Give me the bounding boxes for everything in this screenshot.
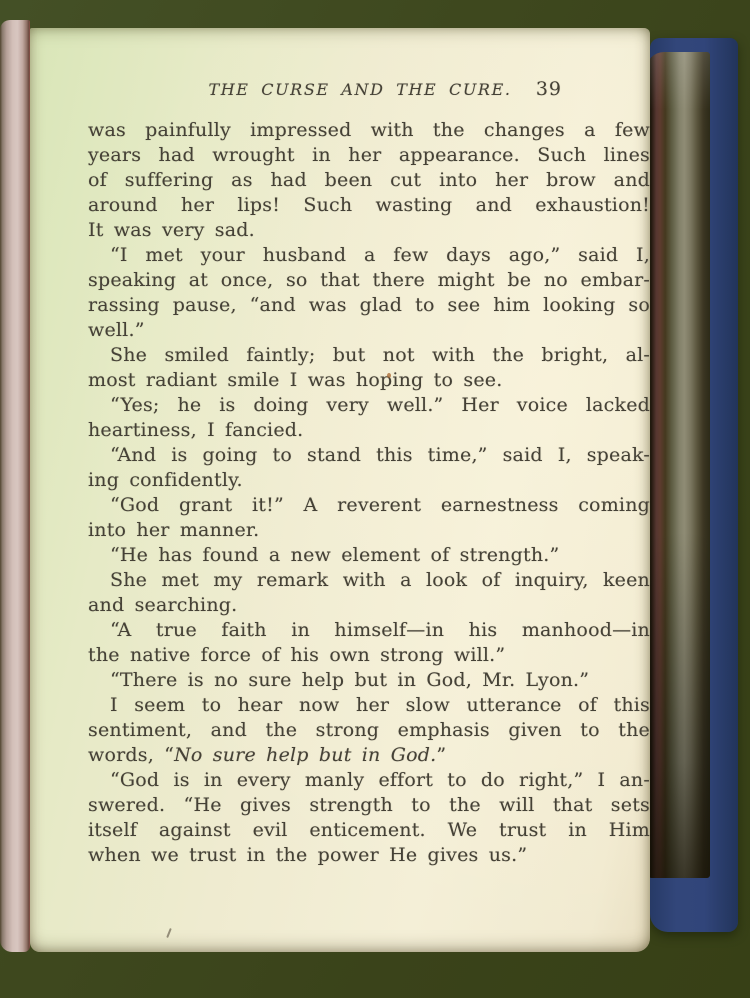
paragraph: “A true faith in himself—in his manhood—…: [88, 618, 650, 668]
paragraph: She smiled faintly; but not with the bri…: [88, 343, 650, 393]
text-line: years had wrought in her appearance. Suc…: [88, 143, 650, 168]
running-title: THE CURSE AND THE CURE.: [88, 80, 650, 99]
paragraph: “God grant it!” A reverent earnestness c…: [88, 493, 650, 543]
text-block: was painfully impressed with the changes…: [88, 118, 650, 868]
pencil-mark: [166, 928, 172, 938]
text-line: into her manner.: [88, 518, 650, 543]
text-line: speaking at once, so that there might be…: [88, 268, 650, 293]
text-line: when we trust in the power He gives us.”: [88, 843, 650, 868]
text-line: “God grant it!” A reverent earnestness c…: [88, 493, 650, 518]
text-line: She met my remark with a look of inquiry…: [88, 568, 650, 593]
text-line: ing confidently.: [88, 468, 650, 493]
text-line: It was very sad.: [88, 218, 650, 243]
text-line: well.”: [88, 318, 650, 343]
text-line: rassing pause, “and was glad to see him …: [88, 293, 650, 318]
text-line: heartiness, I fancied.: [88, 418, 650, 443]
book-page: THE CURSE AND THE CURE. 39 was painfully…: [30, 28, 650, 952]
paragraph: “God is in every manly effort to do righ…: [88, 768, 650, 868]
text-line: She smiled faintly; but not with the bri…: [88, 343, 650, 368]
text-line: the native force of his own strong will.…: [88, 643, 650, 668]
paper-speck: [387, 373, 391, 378]
text-line: “And is going to stand this time,” said …: [88, 443, 650, 468]
scan-backdrop: THE CURSE AND THE CURE. 39 was painfully…: [0, 0, 750, 998]
text-line: around her lips! Such wasting and exhaus…: [88, 193, 650, 218]
paragraph: She met my remark with a look of inquiry…: [88, 568, 650, 618]
text-line: “A true faith in himself—in his manhood—…: [88, 618, 650, 643]
text-line: “He has found a new element of strength.…: [88, 543, 650, 568]
paragraph: “And is going to stand this time,” said …: [88, 443, 650, 493]
paragraph: “He has found a new element of strength.…: [88, 543, 650, 568]
page-stack-fore-edge: [646, 52, 710, 878]
text-line: sentiment, and the strong emphasis given…: [88, 718, 650, 743]
text-line: and searching.: [88, 593, 650, 618]
paragraph: was painfully impressed with the changes…: [88, 118, 650, 243]
text-line: “I met your husband a few days ago,” sai…: [88, 243, 650, 268]
page-number: 39: [536, 78, 562, 100]
text-line: words, “No sure help but in God.”: [88, 743, 650, 768]
text-line: “There is no sure help but in God, Mr. L…: [88, 668, 650, 693]
paragraph: I seem to hear now her slow utterance of…: [88, 693, 650, 768]
paragraph: “There is no sure help but in God, Mr. L…: [88, 668, 650, 693]
paragraph: “Yes; he is doing very well.” Her voice …: [88, 393, 650, 443]
paragraph: “I met your husband a few days ago,” sai…: [88, 243, 650, 343]
text-line: “God is in every manly effort to do righ…: [88, 768, 650, 793]
text-line: “Yes; he is doing very well.” Her voice …: [88, 393, 650, 418]
text-line: was painfully impressed with the changes…: [88, 118, 650, 143]
text-line: swered. “He gives strength to the will t…: [88, 793, 650, 818]
text-line: I seem to hear now her slow utterance of…: [88, 693, 650, 718]
page-curl-left: [0, 20, 30, 952]
text-line: itself against evil enticement. We trust…: [88, 818, 650, 843]
text-line: of suffering as had been cut into her br…: [88, 168, 650, 193]
text-line: most radiant smile I was hoping to see.: [88, 368, 650, 393]
paper-speck: [603, 503, 606, 506]
page-header: THE CURSE AND THE CURE. 39: [88, 80, 650, 104]
